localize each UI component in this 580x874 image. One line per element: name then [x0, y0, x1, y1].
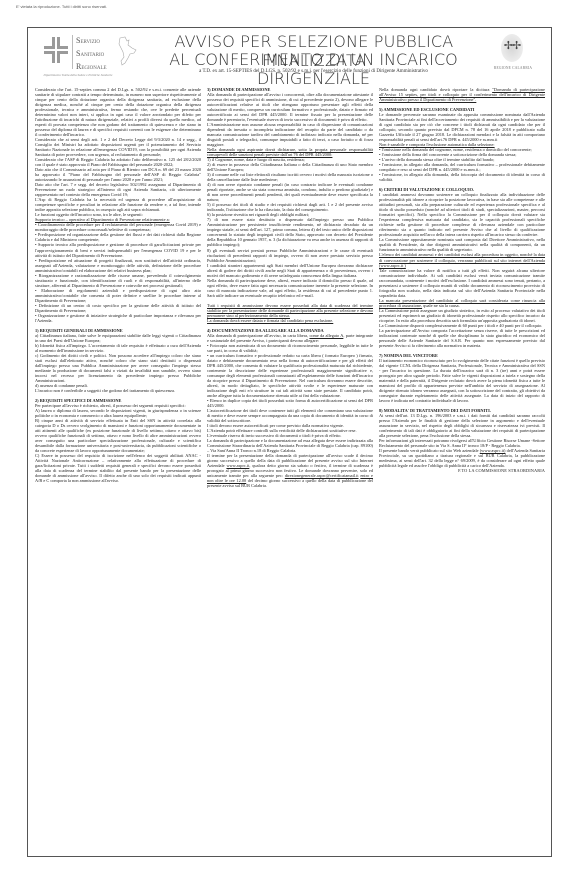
ssr-word-regionale: EGIONALE	[81, 66, 106, 71]
paragraph: L'Asp di Reggio Calabria ha la necessità…	[35, 197, 201, 212]
paragraph: La Commissione disporrà complessivamente…	[379, 323, 545, 328]
region-label: REGIONE CALABRIA	[483, 66, 543, 70]
list-item: • Supporto tecnico alla predisposizione …	[35, 242, 201, 257]
paragraph: La mancata presentazione del candidato a…	[379, 298, 545, 308]
column-3: Nella domanda ogni candidato dovrà ripor…	[379, 87, 545, 473]
paragraph: Il termine per la presentazione della do…	[207, 453, 373, 488]
text-span: quale ne sia la causa.	[423, 303, 460, 308]
paragraph: L'autocertificazione dei titoli deve con…	[207, 408, 373, 423]
list-item: 5) il possesso dei titoli di studio e de…	[207, 202, 373, 212]
paragraph: Nella domanda di partecipazione deve, al…	[207, 278, 373, 298]
text-span: La mancata presentazione del candidato a…	[379, 298, 545, 308]
body-columns: Considerato che l'art. 15-septies comma …	[33, 87, 548, 852]
list-item: • l'omissione, in allegato alla domanda,…	[379, 172, 545, 182]
list-item: • un curriculum formativo e professional…	[207, 353, 373, 398]
list-item: 3) il comune nelle cui liste elettorali …	[207, 172, 373, 182]
paragraph: c) Godimento dei diritti civili e politi…	[35, 353, 201, 383]
paragraph: Considerato che ai sensi degli artt. 1 e…	[35, 137, 201, 157]
paragraph: Tale comunicazione ha valore di notifica…	[379, 268, 545, 298]
document-header: SERVIZIO SANITARIO REGIONALE Dipartiment…	[28, 28, 551, 88]
underlined-paragraph: Nella domanda ogni aspirante dovrà dichi…	[207, 147, 373, 157]
paragraph: C) Essere in possesso del requisito di i…	[35, 453, 201, 483]
paragraph: Il presente bando verrà pubblicato sul s…	[379, 448, 545, 468]
paragraph: B) cinque anni di attività di servizio e…	[35, 418, 201, 453]
logo-divider	[72, 35, 73, 69]
underlined-paragraph: Tutti i requisiti di ammissione devono e…	[207, 303, 373, 318]
list-item: 2) di essere in possesso della Cittadina…	[207, 162, 373, 172]
ssr-word-sanitario: ANITARIO	[80, 53, 104, 58]
paragraph: Nella domanda ogni candidato dovrà ripor…	[379, 87, 545, 102]
list-item: • Elenco in duplice copia dei titoli pos…	[207, 398, 373, 408]
paragraph: Alla domanda di partecipazione all'avvis…	[207, 92, 373, 122]
list-item: • Predisposizione ed organizzazione dell…	[35, 232, 201, 242]
paragraph: Considerato che l'ASP di Reggio Calabria…	[35, 157, 201, 167]
paragraph: Dato atto che l'art. 7 e segg. del decre…	[35, 182, 201, 197]
paragraph: b) Idoneità fisica all'impiego. L'accert…	[35, 343, 201, 353]
calabria-map-icon	[116, 36, 138, 66]
paragraph: La domanda di partecipazione e la docume…	[207, 438, 373, 453]
list-item: • Definizione di un centro di costo spec…	[35, 303, 201, 313]
list-item: • l'omissione, in allegato alla domanda,…	[379, 162, 545, 172]
list-item: • Elaborazione di regolamenti aziendali …	[35, 288, 201, 303]
paragraph: Alla domanda di partecipazione all'avvis…	[207, 333, 373, 343]
list-item: 7) di non essere stato destituito o disp…	[207, 217, 373, 247]
crosses-icon: ✢✢	[501, 40, 523, 52]
list-item: • Fotocopia non autenticata di un docume…	[207, 343, 373, 353]
column-2: 3) DOMANDE DI AMMISSIONE Alla domanda di…	[207, 87, 373, 488]
paragraph: L'Amministrazione non assume alcuna resp…	[207, 122, 373, 147]
regione-calabria-logo: ✢✢ REGIONE CALABRIA	[483, 32, 543, 84]
paragraph: Il trattamento economico riconosciuto pe…	[379, 358, 545, 403]
ssr-logo: SERVIZIO SANITARIO REGIONALE Dipartiment…	[36, 33, 156, 83]
title-subtitle: a T.D. ex art. 15-SEPTIES del D.LGS. n. …	[146, 69, 481, 74]
list-item: • Coordinamento delle procedure per il r…	[35, 222, 201, 232]
paragraph: I candidati ammessi dovranno sostenere u…	[379, 192, 545, 237]
paragraph: La partecipazione all'Avviso comporta l'…	[379, 328, 545, 348]
list-item: 8) gli eventuali servizi prestati presso…	[207, 248, 373, 263]
paragraph: A) laurea o diploma di laurea, secondo l…	[35, 408, 201, 418]
paragraph: L'incarico non è conferibile a soggetti …	[35, 388, 201, 393]
paragraph: Considerato che l'art. 15-septies comma …	[35, 87, 201, 137]
list-item: • Predisposizione ed attuazione di proge…	[35, 258, 201, 273]
list-item: 4) di non avere riportato condanne penal…	[207, 182, 373, 202]
signature: F.TO LA COMMISSIONE STRAORDINARIA	[379, 468, 545, 473]
underlined-paragraph: La domanda dovrà essere datata e firmata…	[207, 318, 373, 323]
paragraph: a) Cittadinanza italiana, fatte salve le…	[35, 333, 201, 343]
ssr-word-servizio: ERVIZIO	[80, 40, 100, 45]
ssr-cross-icon	[44, 37, 68, 63]
underlined-paragraph: L'elenco dei candidati ammessi e dei can…	[379, 252, 545, 267]
paragraph: Le domande pervenute saranno esaminate d…	[379, 112, 545, 142]
ssr-wordmark: SERVIZIO SANITARIO REGIONALE	[76, 35, 107, 74]
list-item: • Organizzazione e gestione di iniziativ…	[35, 313, 201, 323]
paragraph: Ai sensi dell'art. 13 D.Lgs. n. 196/2003…	[379, 413, 545, 438]
list-item: • Riorganizzazione e razionalizzazione d…	[35, 273, 201, 288]
copyright-notice: E' vietata la riproduzione. Tutti i diri…	[16, 4, 107, 9]
column-1: Considerato che l'art. 15-septies comma …	[35, 87, 201, 483]
paragraph: Per informazioni gli interessati potrann…	[379, 438, 545, 448]
paragraph: Dato atto che il Commissario ad acta per…	[35, 167, 201, 182]
ssr-tagline: Dipartimento Tutela della Salute e Polit…	[38, 73, 118, 77]
notice-document: SERVIZIO SANITARIO REGIONALE Dipartiment…	[27, 27, 552, 857]
paragraph: I candidati stranieri appartenenti agli …	[207, 263, 373, 278]
paragraph: La Commissione potrà assegnare un giudiz…	[379, 308, 545, 323]
paragraph: La Commissione appositamente nominata sa…	[379, 237, 545, 252]
